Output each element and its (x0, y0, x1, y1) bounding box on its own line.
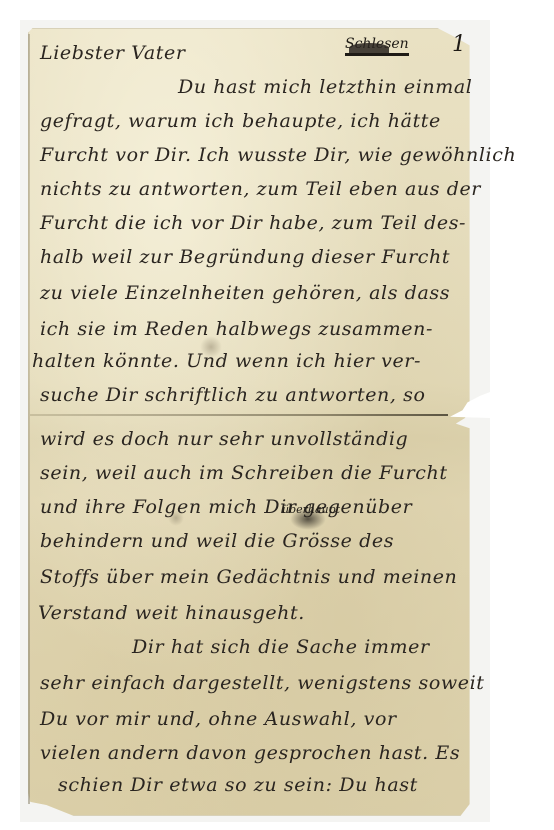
text-line: wird es doch nur sehr unvollständig (40, 428, 408, 450)
text-line: behindern und weil die Grösse des (40, 530, 394, 552)
text-line: suche Dir schriftlich zu antworten, so (40, 384, 426, 406)
text-line: zu viele Einzelnheiten gehören, als dass (40, 282, 450, 304)
text-line: vielen andern davon gesprochen hast. Es (40, 742, 460, 764)
text-line: gefragt, warum ich behaupte, ich hätte (40, 110, 441, 132)
text-line: schien Dir etwa so zu sein: Du hast (58, 774, 418, 796)
text-line: Dir hat sich die Sache immer (132, 636, 430, 658)
text-line: sein, weil auch im Schreiben die Furcht (40, 462, 448, 484)
page-number: 1 (452, 32, 466, 57)
text-line: Du hast mich letzthin einmal (178, 76, 472, 98)
text-line: Furcht die ich vor Dir habe, zum Teil de… (40, 212, 466, 234)
text-line: halten könnte. Und wenn ich hier ver- (32, 350, 421, 372)
salutation: Liebster Vater (40, 42, 186, 64)
text-line: nichts zu antworten, zum Teil eben aus d… (40, 178, 481, 200)
paper-left-edge (28, 34, 30, 804)
text-line: Du vor mir und, ohne Auswahl, vor (40, 708, 397, 730)
text-line: halb weil zur Begründung dieser Furcht (40, 246, 450, 268)
text-line: ich sie im Reden halbwegs zusammen- (40, 318, 433, 340)
text-line: Furcht vor Dir. Ich wusste Dir, wie gewö… (40, 144, 516, 166)
header-note: Schlesen (345, 36, 409, 56)
insertion-note: überhaupt (282, 503, 340, 516)
text-line: und ihre Folgen mich Dir gegenüber (40, 496, 412, 518)
fold-line (30, 414, 448, 416)
text-line: sehr einfach dargestellt, wenigstens sow… (40, 672, 485, 694)
text-line: Stoffs über mein Gedächtnis und meinen (40, 566, 457, 588)
text-line: Verstand weit hinausgeht. (38, 602, 305, 624)
